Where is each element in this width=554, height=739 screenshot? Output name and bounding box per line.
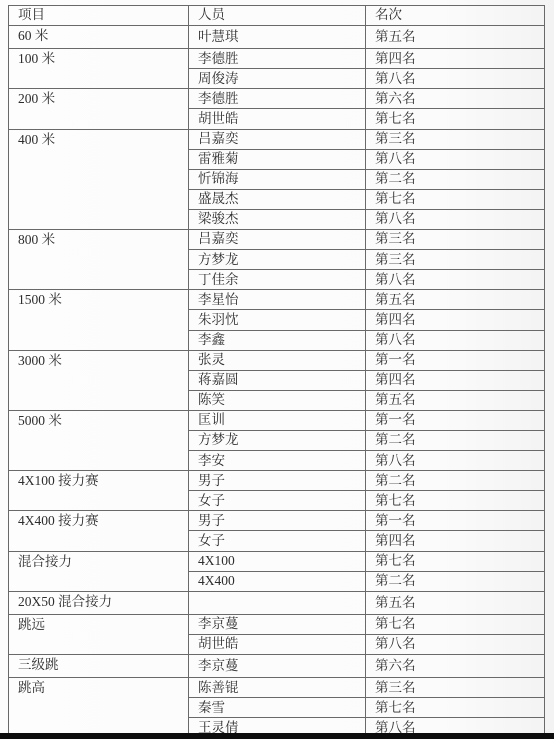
event-cell: 100 米 <box>9 49 189 89</box>
person-cell: 4X100 <box>189 551 366 571</box>
person-cell: 吕嘉奕 <box>189 230 366 250</box>
rank-cell: 第二名 <box>366 169 545 189</box>
table-row: 跳高陈善锟第三名 <box>9 678 545 698</box>
rank-cell: 第四名 <box>366 49 545 69</box>
rank-cell: 第六名 <box>366 89 545 109</box>
event-cell: 跳远 <box>9 614 189 654</box>
person-cell: 秦雪 <box>189 698 366 718</box>
rank-cell: 第一名 <box>366 350 545 370</box>
event-cell: 5000 米 <box>9 410 189 470</box>
person-cell: 张灵 <box>189 350 366 370</box>
event-cell: 混合接力 <box>9 551 189 591</box>
rank-cell: 第七名 <box>366 189 545 209</box>
person-cell: 陈笑 <box>189 390 366 410</box>
person-cell: 雷雅菊 <box>189 149 366 169</box>
person-cell: 李安 <box>189 451 366 471</box>
scanned-page: 项目 人员 名次 60 米叶慧琪第五名100 米李德胜第四名周俊涛第八名200 … <box>0 0 554 739</box>
person-cell: 丁佳余 <box>189 270 366 290</box>
person-cell <box>189 591 366 614</box>
rank-cell: 第八名 <box>366 69 545 89</box>
column-header-person: 人员 <box>189 6 366 26</box>
table-row: 200 米李德胜第六名 <box>9 89 545 109</box>
person-cell: 吕嘉奕 <box>189 129 366 149</box>
person-cell: 方梦龙 <box>189 430 366 450</box>
results-table: 项目 人员 名次 60 米叶慧琪第五名100 米李德胜第四名周俊涛第八名200 … <box>8 5 545 738</box>
person-cell: 朱羽忱 <box>189 310 366 330</box>
rank-cell: 第一名 <box>366 511 545 531</box>
event-cell: 60 米 <box>9 26 189 49</box>
person-cell: 匡训 <box>189 410 366 430</box>
person-cell: 女子 <box>189 491 366 511</box>
table-row: 20X50 混合接力第五名 <box>9 591 545 614</box>
rank-cell: 第四名 <box>366 531 545 551</box>
table-row: 3000 米张灵第一名 <box>9 350 545 370</box>
person-cell: 忻锦海 <box>189 169 366 189</box>
table-row: 混合接力4X100第七名 <box>9 551 545 571</box>
rank-cell: 第三名 <box>366 230 545 250</box>
table-row: 800 米吕嘉奕第三名 <box>9 230 545 250</box>
column-header-rank: 名次 <box>366 6 545 26</box>
person-cell: 李京蔓 <box>189 655 366 678</box>
table-row: 400 米吕嘉奕第三名 <box>9 129 545 149</box>
table-row: 5000 米匡训第一名 <box>9 410 545 430</box>
event-cell: 200 米 <box>9 89 189 129</box>
person-cell: 男子 <box>189 471 366 491</box>
rank-cell: 第八名 <box>366 209 545 229</box>
header-row: 项目 人员 名次 <box>9 6 545 26</box>
person-cell: 胡世皓 <box>189 634 366 654</box>
person-cell: 李星怡 <box>189 290 366 310</box>
rank-cell: 第八名 <box>366 451 545 471</box>
event-cell: 400 米 <box>9 129 189 229</box>
event-cell: 4X100 接力赛 <box>9 471 189 511</box>
rank-cell: 第八名 <box>366 634 545 654</box>
rank-cell: 第二名 <box>366 471 545 491</box>
person-cell: 李京蔓 <box>189 614 366 634</box>
person-cell: 梁骏杰 <box>189 209 366 229</box>
rank-cell: 第七名 <box>366 551 545 571</box>
rank-cell: 第一名 <box>366 410 545 430</box>
event-cell: 1500 米 <box>9 290 189 350</box>
table-row: 三级跳李京蔓第六名 <box>9 655 545 678</box>
rank-cell: 第三名 <box>366 250 545 270</box>
rank-cell: 第二名 <box>366 430 545 450</box>
table-row: 4X100 接力赛男子第二名 <box>9 471 545 491</box>
rank-cell: 第五名 <box>366 290 545 310</box>
column-header-event: 项目 <box>9 6 189 26</box>
person-cell: 胡世皓 <box>189 109 366 129</box>
person-cell: 男子 <box>189 511 366 531</box>
person-cell: 女子 <box>189 531 366 551</box>
event-cell: 3000 米 <box>9 350 189 410</box>
event-cell: 4X400 接力赛 <box>9 511 189 551</box>
person-cell: 蒋嘉圆 <box>189 370 366 390</box>
rank-cell: 第五名 <box>366 390 545 410</box>
rank-cell: 第三名 <box>366 129 545 149</box>
rank-cell: 第六名 <box>366 655 545 678</box>
photo-bottom-bar <box>0 733 554 739</box>
event-cell: 跳高 <box>9 678 189 738</box>
rank-cell: 第八名 <box>366 270 545 290</box>
person-cell: 李德胜 <box>189 89 366 109</box>
event-cell: 20X50 混合接力 <box>9 591 189 614</box>
person-cell: 陈善锟 <box>189 678 366 698</box>
person-cell: 李德胜 <box>189 49 366 69</box>
person-cell: 方梦龙 <box>189 250 366 270</box>
event-cell: 800 米 <box>9 230 189 290</box>
person-cell: 盛晟杰 <box>189 189 366 209</box>
rank-cell: 第七名 <box>366 698 545 718</box>
rank-cell: 第四名 <box>366 370 545 390</box>
event-cell: 三级跳 <box>9 655 189 678</box>
rank-cell: 第五名 <box>366 591 545 614</box>
table-row: 4X400 接力赛男子第一名 <box>9 511 545 531</box>
table-body: 60 米叶慧琪第五名100 米李德胜第四名周俊涛第八名200 米李德胜第六名胡世… <box>9 26 545 738</box>
rank-cell: 第二名 <box>366 571 545 591</box>
rank-cell: 第七名 <box>366 109 545 129</box>
table-row: 跳远李京蔓第七名 <box>9 614 545 634</box>
table-row: 1500 米李星怡第五名 <box>9 290 545 310</box>
table-row: 100 米李德胜第四名 <box>9 49 545 69</box>
person-cell: 4X400 <box>189 571 366 591</box>
person-cell: 周俊涛 <box>189 69 366 89</box>
rank-cell: 第八名 <box>366 149 545 169</box>
rank-cell: 第八名 <box>366 330 545 350</box>
rank-cell: 第四名 <box>366 310 545 330</box>
rank-cell: 第三名 <box>366 678 545 698</box>
person-cell: 叶慧琪 <box>189 26 366 49</box>
rank-cell: 第五名 <box>366 26 545 49</box>
rank-cell: 第七名 <box>366 614 545 634</box>
person-cell: 李鑫 <box>189 330 366 350</box>
rank-cell: 第七名 <box>366 491 545 511</box>
table-row: 60 米叶慧琪第五名 <box>9 26 545 49</box>
